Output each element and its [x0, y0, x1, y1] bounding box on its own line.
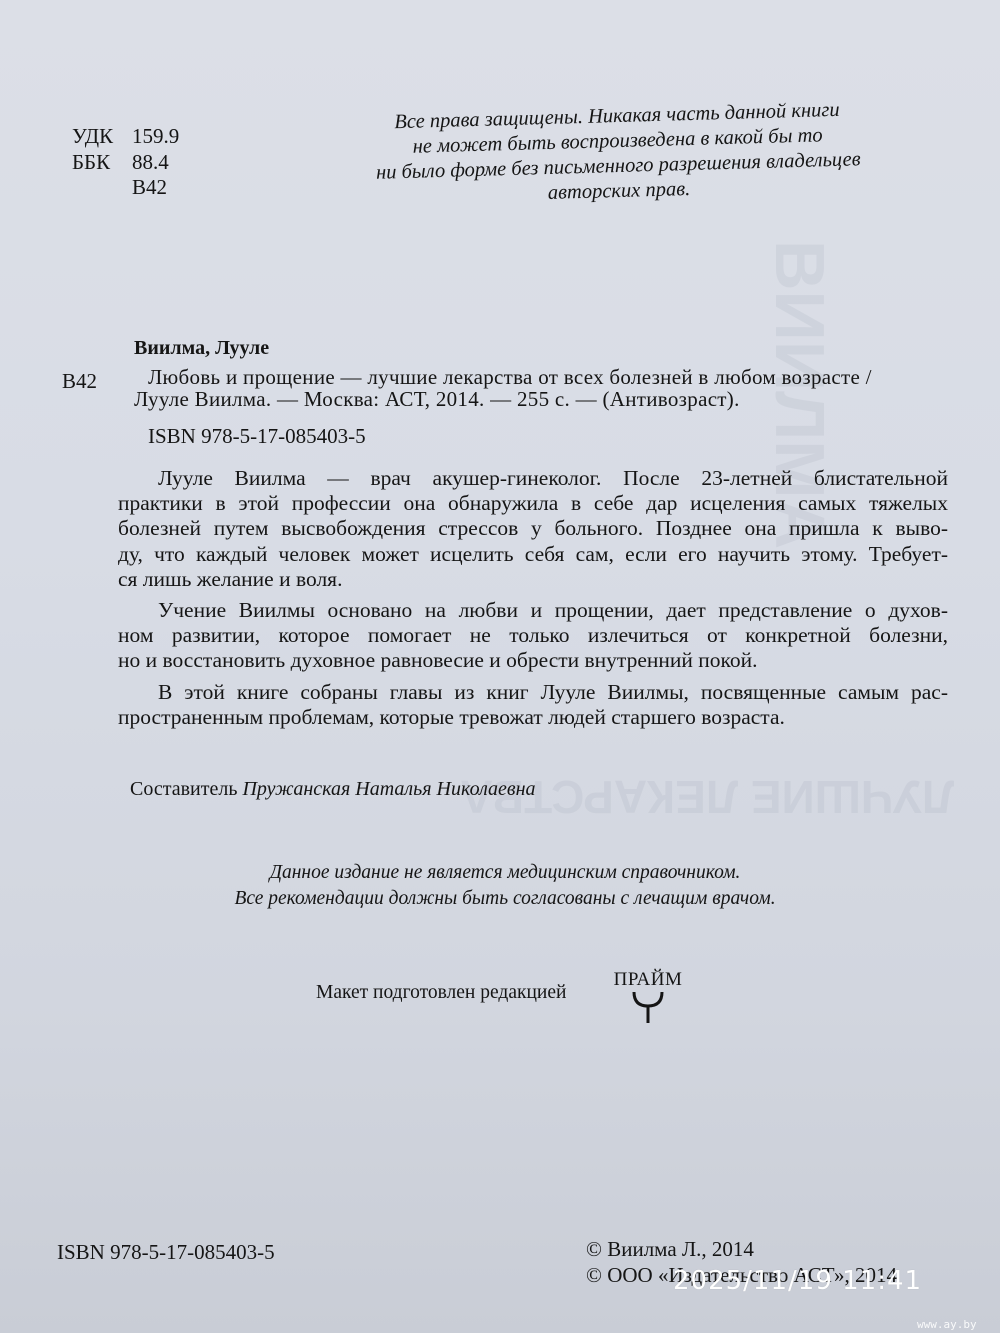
- bib-description: Любовь и прощение — лучшие лекарства от …: [134, 366, 964, 410]
- annotation-line: пространенным проблемам, которые тревожа…: [118, 705, 948, 730]
- annotation-line: болезней путем высвобождения стрессов у …: [118, 516, 948, 541]
- prime-logo: ПРАЙМ: [606, 970, 690, 1029]
- author-mark: В42: [132, 175, 167, 201]
- annotation-line: ном развитии, которое помогает не только…: [118, 623, 948, 648]
- copyright-line: © Виилма Л., 2014: [586, 1236, 897, 1262]
- compiler-credit: Составитель Пружанская Наталья Николаевн…: [130, 778, 536, 801]
- classification-block: УДК 159.9 ББК 88.4 В42: [72, 124, 179, 201]
- compiler-label: Составитель: [130, 778, 237, 800]
- annotation-paragraph: В этой книге собраны главы из книг Лууле…: [118, 680, 948, 730]
- author-heading: Виилма, Лууле: [134, 337, 269, 360]
- rights-notice: Все права защищены. Никакая часть данной…: [367, 97, 870, 211]
- annotation-line: В этой книге собраны главы из книг Лууле…: [118, 680, 948, 705]
- annotation-line: Учение Виилмы основано на любви и прощен…: [118, 598, 948, 623]
- layout-credit: Макет подготовлен редакцией: [316, 982, 566, 1004]
- disclaimer-line: Все рекомендации должны быть согласованы…: [160, 886, 850, 912]
- footer-isbn: ISBN 978-5-17-085403-5: [57, 1240, 275, 1265]
- medical-disclaimer: Данное издание не является медицинским с…: [160, 860, 850, 912]
- annotation-line: практики в этой профессии она обнаружила…: [118, 491, 948, 516]
- prime-logo-text: ПРАЙМ: [606, 970, 690, 990]
- udk-row: УДК 159.9: [72, 124, 179, 150]
- udk-value: 159.9: [132, 124, 179, 150]
- bib-code: В42: [62, 369, 97, 394]
- photo-timestamp: 2025/11/19 11:41: [673, 1266, 922, 1296]
- disclaimer-line: Данное издание не является медицинским с…: [160, 860, 850, 886]
- annotation: Лууле Виилма — врач акушер-гинеколог. По…: [118, 466, 948, 730]
- bbk-value: 88.4: [132, 150, 169, 176]
- author-mark-row: В42: [72, 175, 179, 201]
- annotation-paragraph: Учение Виилмы основано на любви и прощен…: [118, 598, 948, 674]
- annotation-line: Лууле Виилма — врач акушер-гинеколог. По…: [118, 466, 948, 491]
- bbk-row: ББК 88.4: [72, 150, 179, 176]
- bib-isbn: ISBN 978-5-17-085403-5: [148, 424, 366, 449]
- bib-line: Любовь и прощение — лучшие лекарства от …: [134, 366, 964, 388]
- annotation-line: ду, что каждый человек может исцелить се…: [118, 542, 948, 567]
- bib-line: Лууле Виилма. — Москва: АСТ, 2014. — 255…: [134, 388, 964, 410]
- site-watermark: www.ay.by: [917, 1318, 977, 1331]
- annotation-line: ся лишь желание и воля.: [118, 567, 948, 592]
- bbk-label: ББК: [72, 150, 132, 176]
- udk-label: УДК: [72, 124, 132, 150]
- psi-icon: [628, 990, 668, 1024]
- annotation-paragraph: Лууле Виилма — врач акушер-гинеколог. По…: [118, 466, 948, 592]
- annotation-line: но и восстановить духовное равновесие и …: [118, 648, 948, 673]
- compiler-name: Пружанская Наталья Николаевна: [242, 778, 535, 800]
